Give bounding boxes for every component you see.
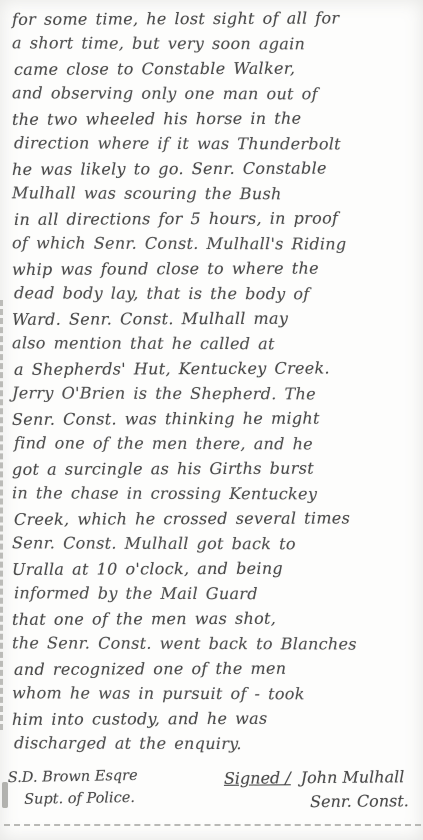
addressee-name: S.D. Brown Esqre <box>8 765 138 789</box>
addressee-block: S.D. Brown Esqre Supt. of Police. <box>8 765 139 815</box>
handwritten-line: a short time, but very soon again <box>12 30 415 56</box>
scan-artifact-left-edge <box>0 300 3 730</box>
handwritten-line: whom he was in pursuit of - took <box>12 680 415 706</box>
handwritten-line: and observing only one man out of <box>12 80 415 106</box>
handwritten-line: the Senr. Const. went back to Blanches <box>12 630 415 656</box>
signature-name: John Mulhall <box>301 767 405 787</box>
handwritten-line: Uralla at 10 o'clock, and being <box>12 555 415 582</box>
handwritten-line: Mulhall was scouring the Bush <box>12 180 415 206</box>
handwritten-line: Ward. Senr. Const. Mulhall may <box>12 305 415 332</box>
handwritten-line: came close to Constable Walker, <box>12 55 415 82</box>
handwritten-line: Senr. Const. Mulhall got back to <box>12 530 415 556</box>
handwritten-line: Jerry O'Brien is the Shepherd. The <box>12 380 415 406</box>
handwritten-line: in the chase in crossing Kentuckey <box>12 480 415 506</box>
handwritten-line: Creek, which he crossed several times <box>12 505 415 532</box>
signature: Signed /John Mulhall Senr. Const. <box>224 765 415 815</box>
handwritten-line: him into custody, and he was <box>12 705 415 732</box>
handwritten-line: find one of the men there, and he <box>12 430 415 456</box>
handwritten-line: direction where if it was Thunderbolt <box>12 130 415 156</box>
handwritten-line: the two wheeled his horse in the <box>12 105 415 132</box>
signature-title: Senr. Const. <box>224 789 409 815</box>
handwritten-line: informed by the Mail Guard <box>12 580 415 606</box>
handwritten-line: for some time, he lost sight of all for <box>12 5 415 32</box>
handwritten-line: also mention that he called at <box>12 330 415 356</box>
addressee-title: Supt. of Police. <box>8 787 138 811</box>
handwritten-line: he was likely to go. Senr. Constable <box>12 155 415 182</box>
handwritten-line: discharged at the enquiry. <box>12 730 415 756</box>
manuscript-page: for some time, he lost sight of all for … <box>0 0 423 840</box>
handwritten-line: got a surcingle as his Girths burst <box>12 455 415 482</box>
handwritten-line: whip was found close to where the <box>12 255 415 282</box>
scan-artifact-fold-mark <box>2 782 8 808</box>
handwritten-line: Senr. Const. was thinking he might <box>12 405 415 432</box>
handwritten-line: dead body lay, that is the body of <box>12 280 415 306</box>
signed-label: Signed / <box>224 768 291 788</box>
signature-block: S.D. Brown Esqre Supt. of Police. Signed… <box>8 766 415 814</box>
handwritten-line: that one of the men was shot, <box>12 605 415 632</box>
handwritten-line: and recognized one of the men <box>12 655 415 682</box>
handwritten-body: for some time, he lost sight of all for … <box>12 6 415 756</box>
handwritten-line: of which Senr. Const. Mulhall's Riding <box>12 230 415 256</box>
handwritten-line: in all directions for 5 hours, in proof <box>12 205 415 232</box>
handwritten-line: a Shepherds' Hut, Kentuckey Creek. <box>12 355 415 382</box>
scan-artifact-bottom-edge <box>4 824 421 826</box>
